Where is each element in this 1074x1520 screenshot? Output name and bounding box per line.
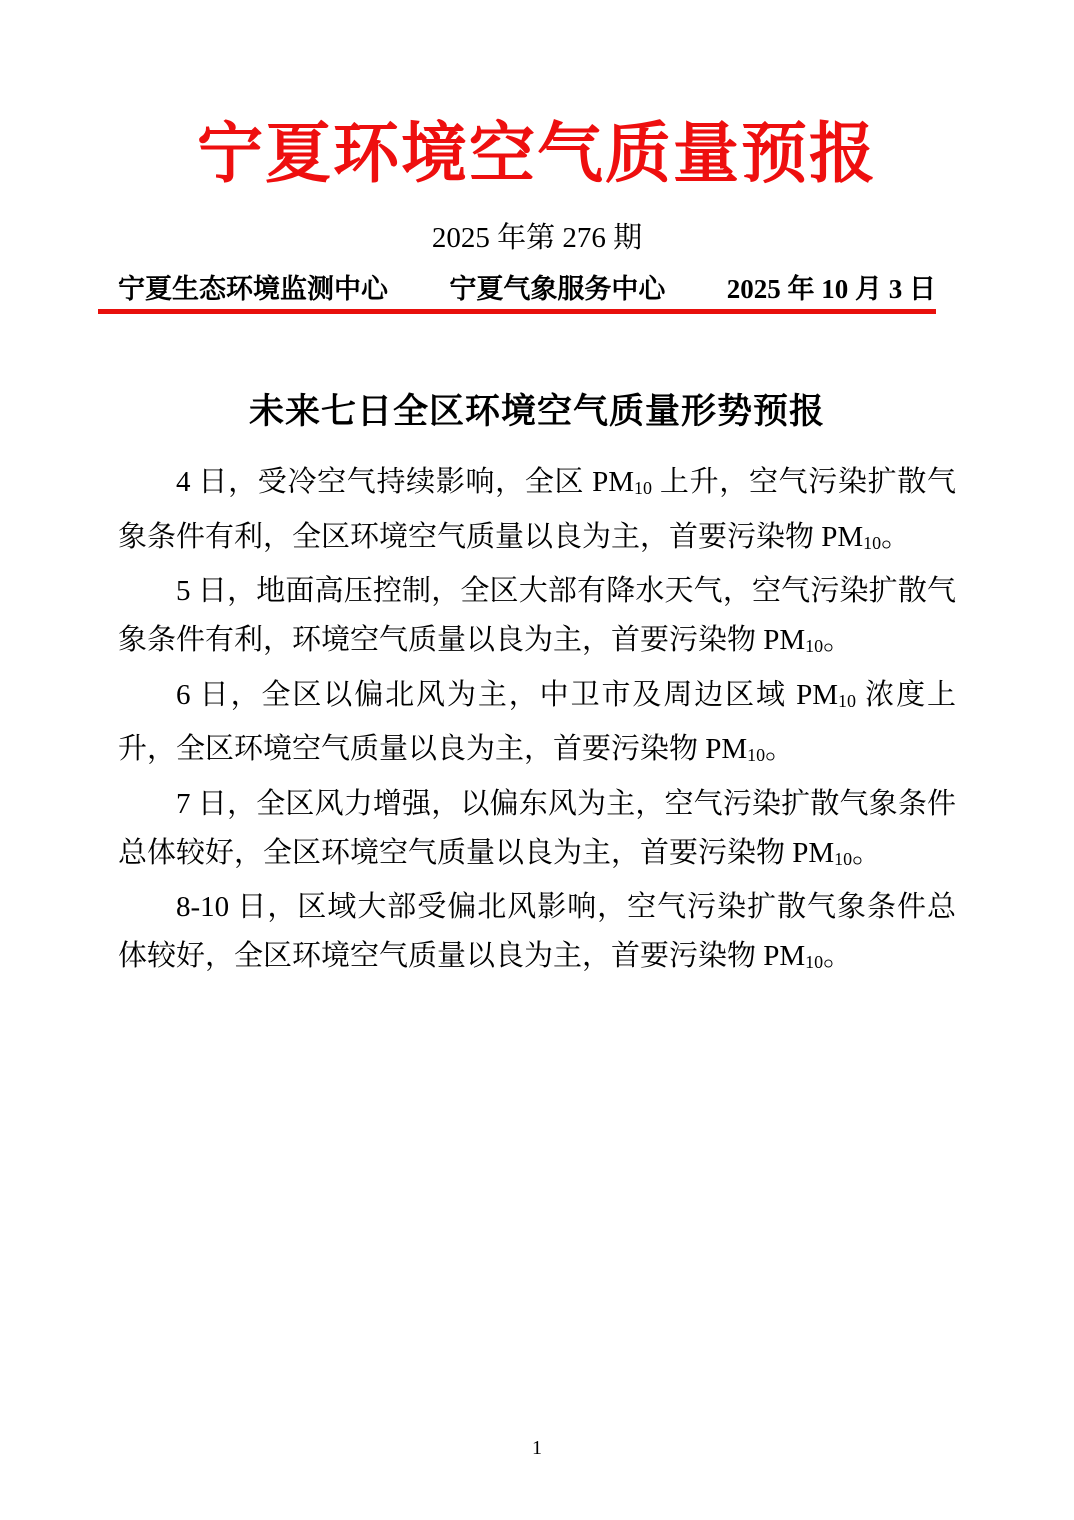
document-page: 宁夏环境空气质量预报 2025 年第 276 期 宁夏生态环境监测中心 宁夏气象… xyxy=(0,0,1074,1520)
masthead-divider-rule xyxy=(98,309,936,314)
body-paragraph: 8-10 日，区域大部受偏北风影响，空气污染扩散气象条件总体较好，全区环境空气质… xyxy=(118,883,956,986)
masthead-center-org: 宁夏气象服务中心 xyxy=(449,272,665,306)
pm10-subscript: 10 xyxy=(863,533,881,553)
section-title: 未来七日全区环境空气质量形势预报 xyxy=(0,384,1074,434)
pm10-subscript: 10 xyxy=(747,746,765,766)
page-number: 1 xyxy=(0,1438,1074,1458)
pm10-subscript: 10 xyxy=(834,849,852,869)
body-paragraph: 6 日，全区以偏北风为主，中卫市及周边区域 PM10 浓度上升，全区环境空气质量… xyxy=(118,671,956,780)
body-paragraph: 4 日，受冷空气持续影响，全区 PM10 上升，空气污染扩散气象条件有利，全区环… xyxy=(118,458,956,567)
body-paragraph: 7 日，全区风力增强，以偏东风为主，空气污染扩散气象条件总体较好，全区环境空气质… xyxy=(118,780,956,883)
body-paragraph: 5 日，地面高压控制，全区大部有降水天气，空气污染扩散气象条件有利，环境空气质量… xyxy=(118,567,956,670)
forecast-body: 4 日，受冷空气持续影响，全区 PM10 上升，空气污染扩散气象条件有利，全区环… xyxy=(118,458,956,987)
pm10-subscript: 10 xyxy=(805,952,823,972)
masthead: 宁夏生态环境监测中心 宁夏气象服务中心 2025 年 10 月 3 日 xyxy=(98,272,936,306)
pm10-subscript: 10 xyxy=(805,636,823,656)
issue-number: 2025 年第 276 期 xyxy=(0,218,1074,258)
pm10-subscript: 10 xyxy=(634,478,652,498)
document-title: 宁夏环境空气质量预报 xyxy=(0,0,1074,210)
masthead-left-org: 宁夏生态环境监测中心 xyxy=(98,272,388,306)
pm10-subscript: 10 xyxy=(838,691,856,711)
masthead-date: 2025 年 10 月 3 日 xyxy=(727,272,936,306)
